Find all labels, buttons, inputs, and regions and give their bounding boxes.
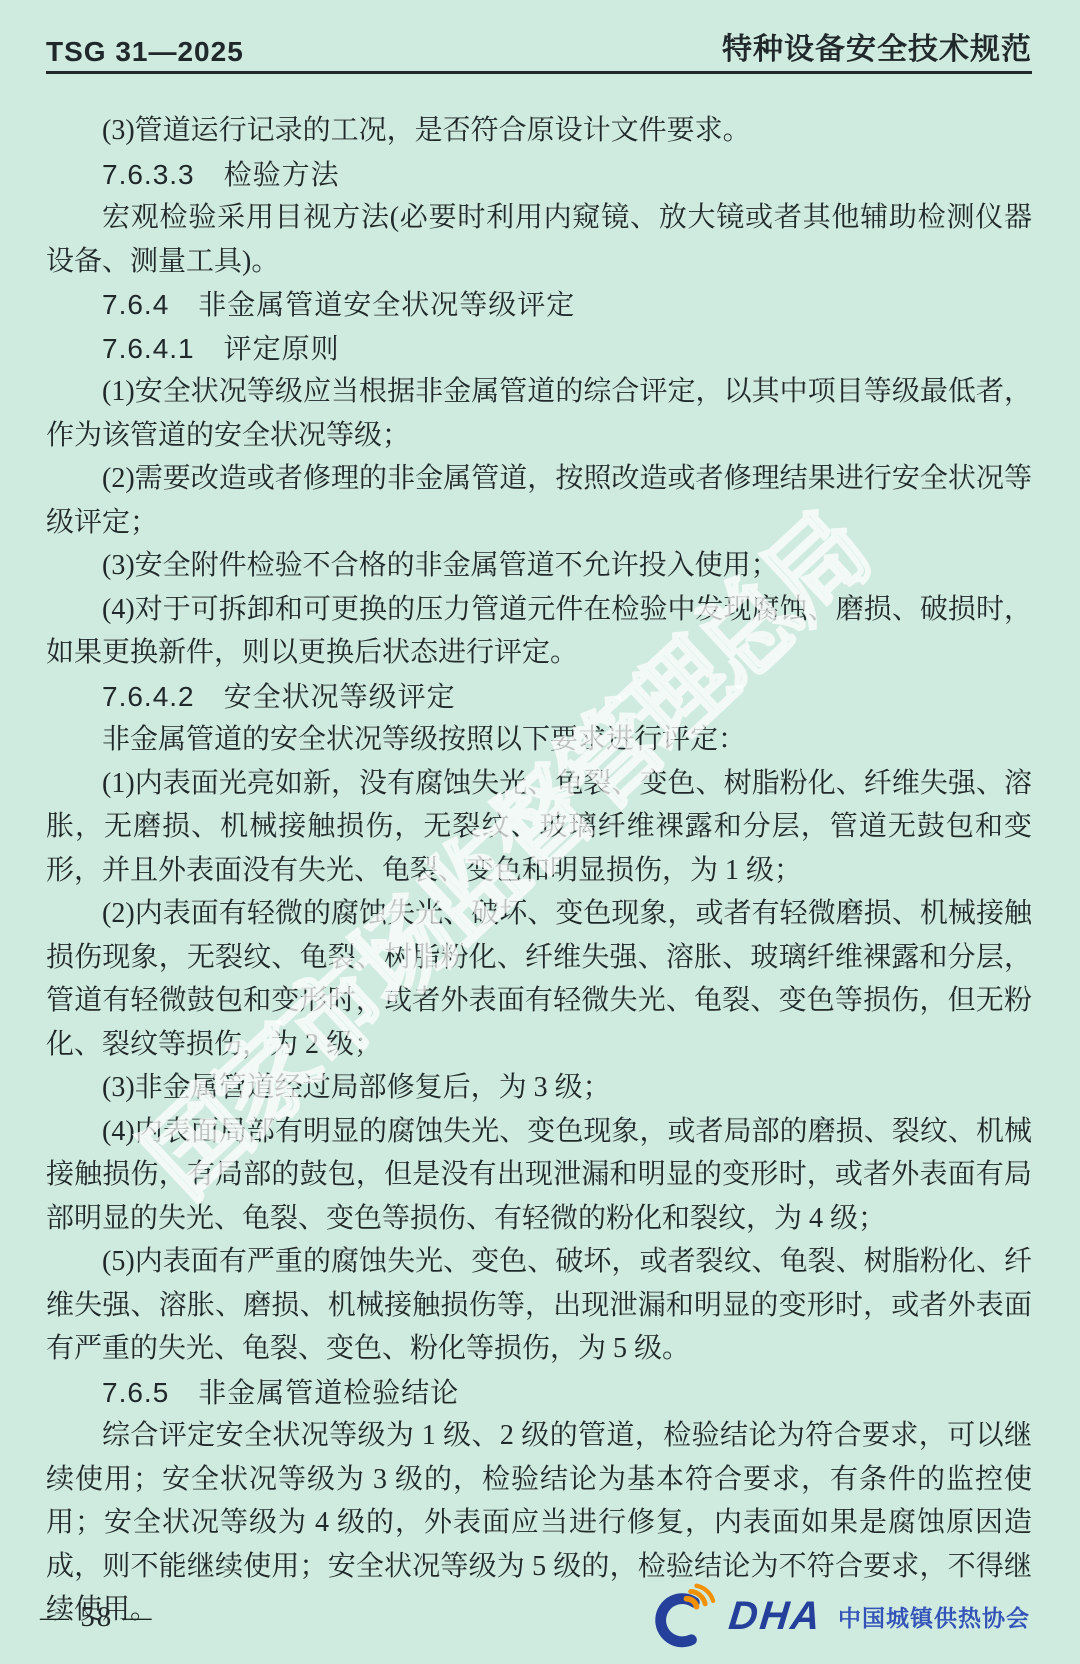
doc-title: 特种设备安全技术规范 bbox=[722, 24, 1032, 68]
body-paragraph: (2)需要改造或者修理的非金属管道，按照改造或者修理结果进行安全状况等级评定； bbox=[46, 457, 1032, 544]
section-heading: 7.6.3.3 检验方法 bbox=[46, 153, 1032, 197]
section-heading: 7.6.5 非金属管道检验结论 bbox=[46, 1371, 1032, 1415]
association-name: 中国城镇供热协会 bbox=[838, 1600, 1030, 1633]
body-paragraph: (1)内表面光亮如新，没有腐蚀失光、龟裂、变色、树脂粉化、纤维失强、溶胀，无磨损… bbox=[46, 762, 1032, 893]
document-page: TSG 31—2025 特种设备安全技术规范 国家市场监督管理总局 (3)管道运… bbox=[0, 0, 1080, 1664]
dha-logo-text: DHA bbox=[727, 1594, 824, 1639]
dha-logo-icon bbox=[649, 1580, 721, 1652]
body-paragraph: (3)非金属管道经过局部修复后，为 3 级； bbox=[46, 1066, 1032, 1110]
body-paragraph: (2)内表面有轻微的腐蚀失光、破坏、变色现象，或者有轻微磨损、机械接触损伤现象，… bbox=[46, 892, 1032, 1066]
body-paragraph: (4)对于可拆卸和可更换的压力管道元件在检验中发现腐蚀、磨损、破损时，如果更换新… bbox=[46, 588, 1032, 675]
body-paragraph: (5)内表面有严重的腐蚀失光、变色、破坏，或者裂纹、龟裂、树脂粉化、纤维失强、溶… bbox=[46, 1240, 1032, 1371]
body-paragraph: (3)安全附件检验不合格的非金属管道不允许投入使用； bbox=[46, 544, 1032, 588]
section-heading: 7.6.4.2 安全状况等级评定 bbox=[46, 675, 1032, 719]
body-paragraph: (4)内表面局部有明显的腐蚀失光、变色现象，或者局部的磨损、裂纹、机械接触损伤，… bbox=[46, 1110, 1032, 1241]
page-header: TSG 31—2025 特种设备安全技术规范 bbox=[46, 34, 1032, 68]
document-body: (3)管道运行记录的工况，是否符合原设计文件要求。7.6.3.3 检验方法宏观检… bbox=[46, 109, 1032, 1632]
header-rule bbox=[46, 71, 1032, 74]
doc-code: TSG 31—2025 bbox=[46, 36, 244, 68]
section-heading: 7.6.4 非金属管道安全状况等级评定 bbox=[46, 283, 1032, 327]
body-paragraph: (3)管道运行记录的工况，是否符合原设计文件要求。 bbox=[46, 109, 1032, 153]
association-logo: DHA 中国城镇供热协会 bbox=[649, 1580, 1030, 1652]
body-paragraph: 宏观检验采用目视方法(必要时利用内窥镜、放大镜或者其他辅助检测仪器设备、测量工具… bbox=[46, 196, 1032, 283]
body-paragraph: (1)安全状况等级应当根据非金属管道的综合评定，以其中项目等级最低者，作为该管道… bbox=[46, 370, 1032, 457]
section-heading: 7.6.4.1 评定原则 bbox=[46, 327, 1032, 371]
page-number: — 58 — bbox=[40, 1601, 154, 1634]
body-paragraph: 非金属管道的安全状况等级按照以下要求进行评定： bbox=[46, 718, 1032, 762]
